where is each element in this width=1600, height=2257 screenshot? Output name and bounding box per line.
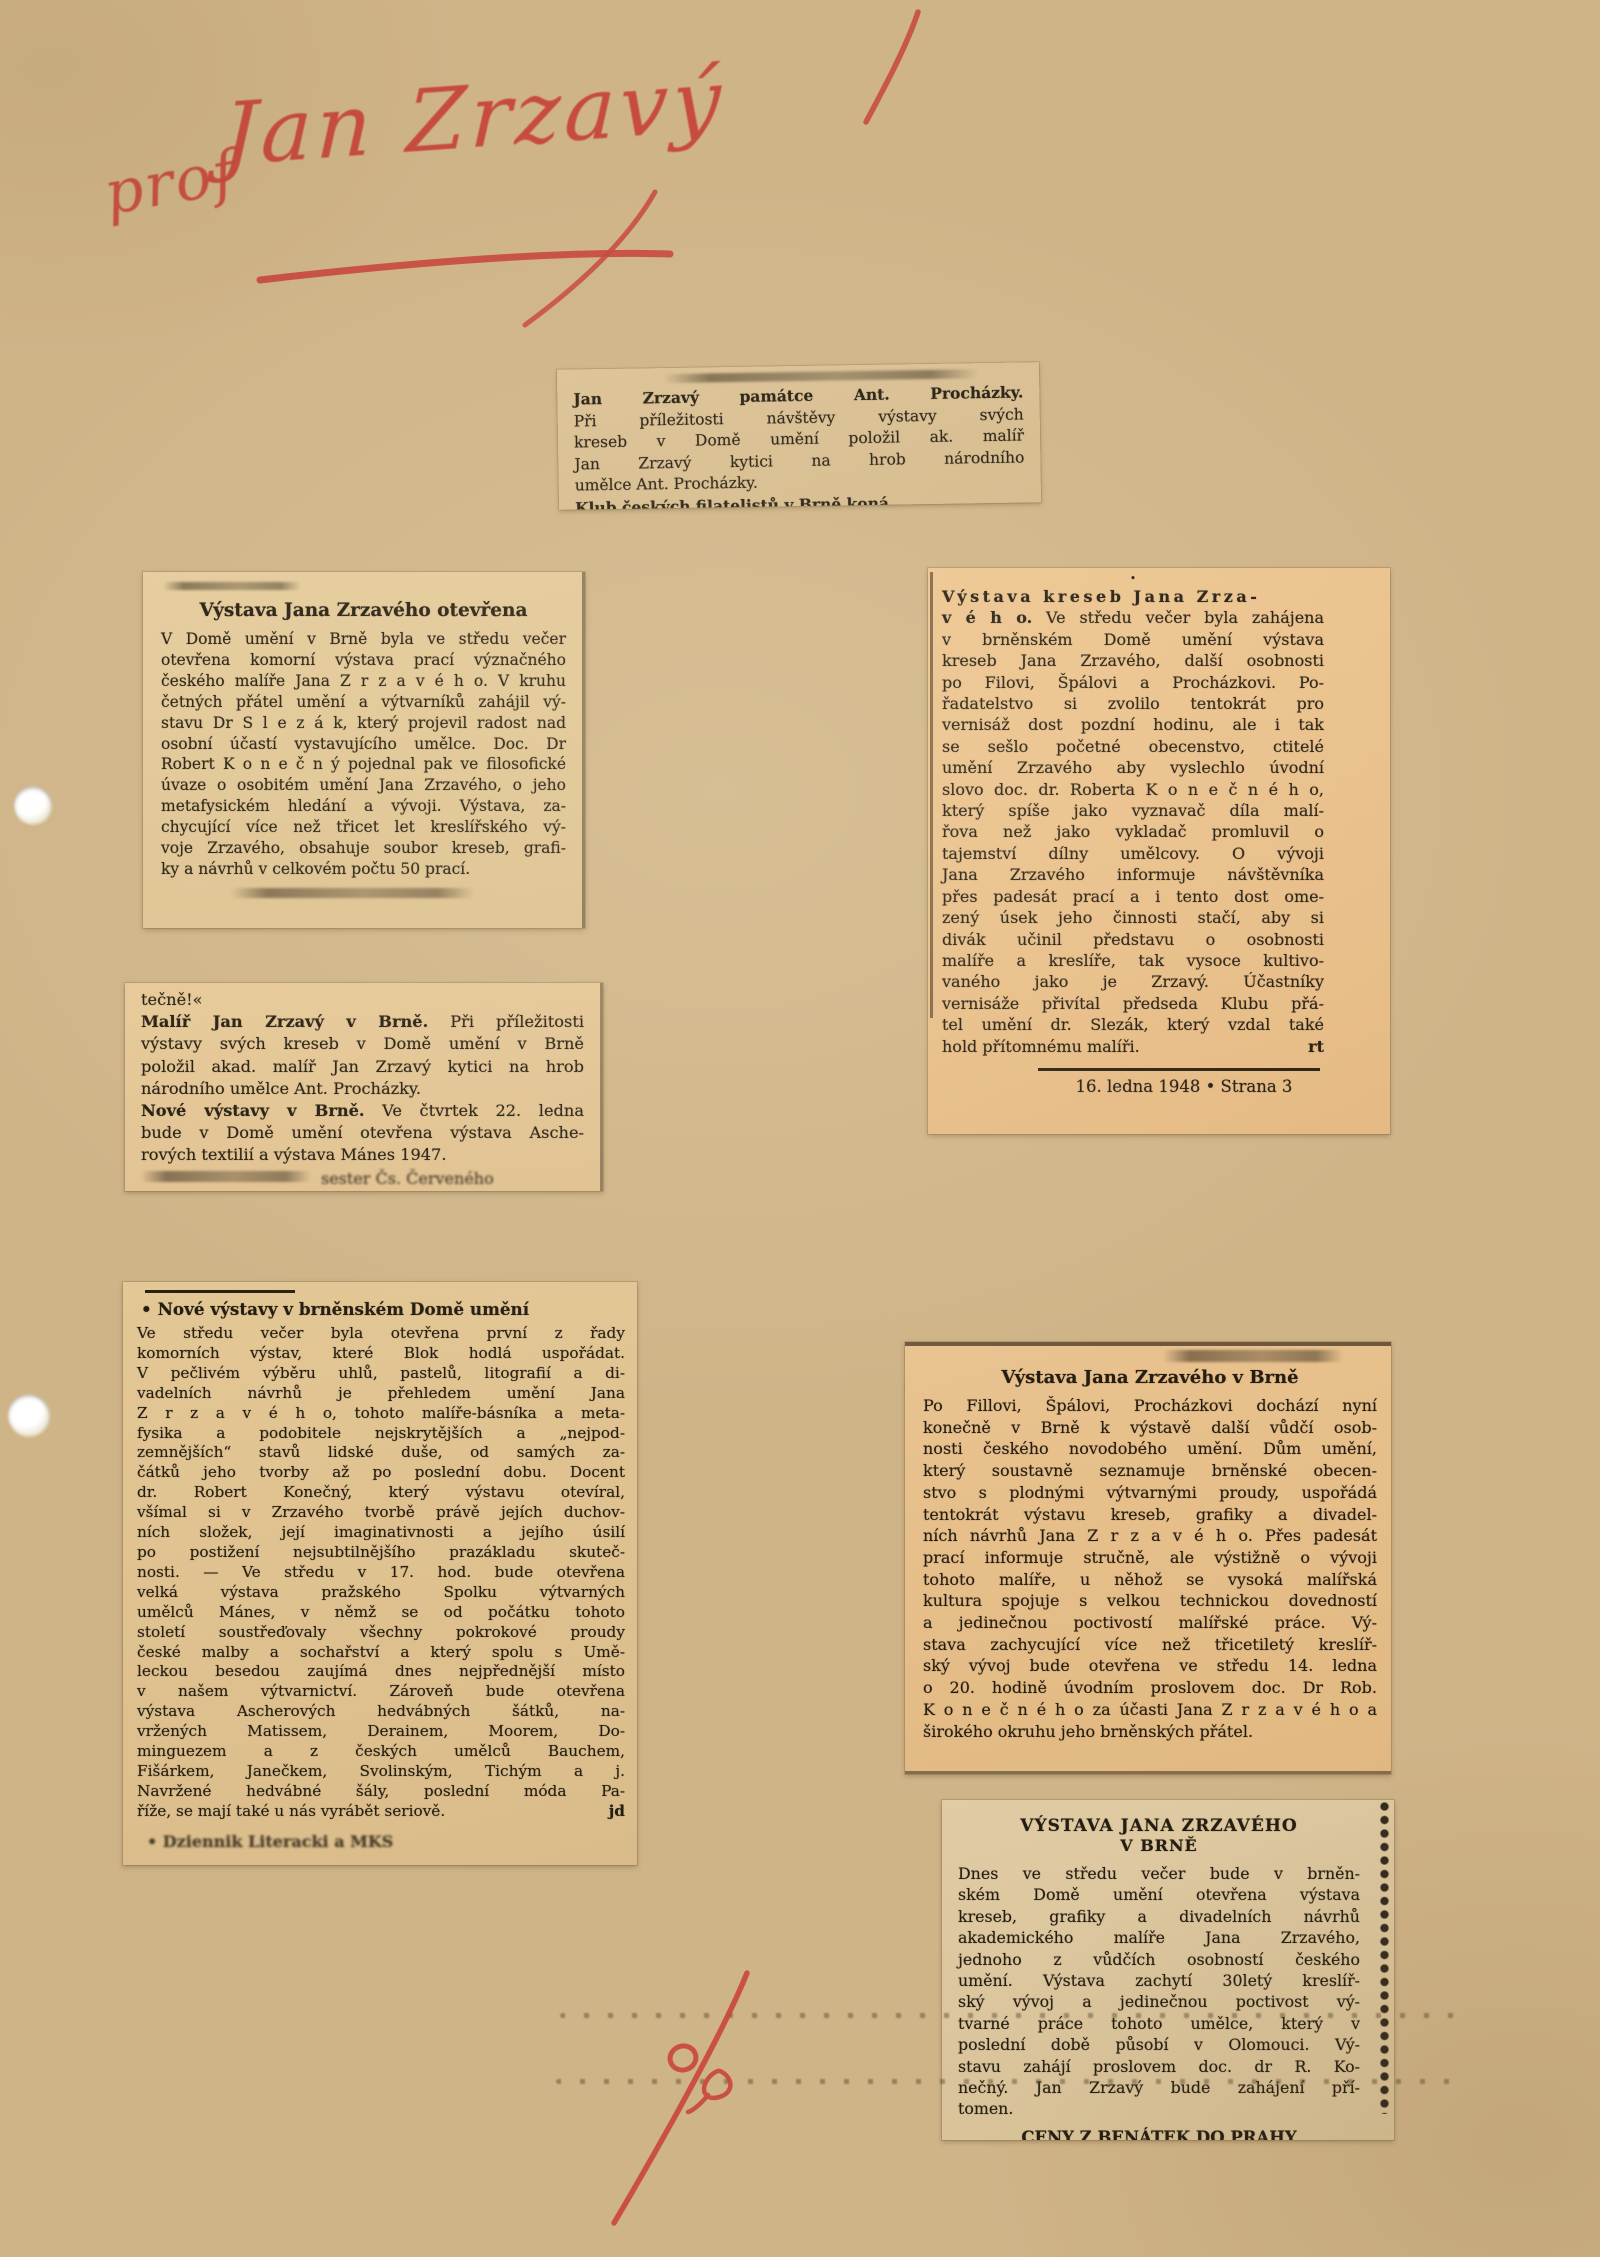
text-line: tohoto malíře, u něhož se vysoká malířsk… [923, 1569, 1377, 1591]
text-line: velká výstava pražského Spolku výtvarnýc… [137, 1583, 625, 1603]
text-line: divák učinil představu o osobnosti [942, 929, 1324, 950]
cutoff-text-fragment: • Dziennik Literacki a MKS [147, 1832, 625, 1850]
text-line: jednoho z vůdčích osobností českého [958, 1949, 1360, 1970]
text-line: po Filovi, Špálovi a Procházkovi. Po- [942, 672, 1324, 693]
text-line: přes padesát prací a i tento dost ome- [942, 886, 1324, 907]
text-line: řova než jako vykladač promluvil o [942, 821, 1324, 842]
illegible-fragment [1163, 1350, 1343, 1362]
handwriting-name: Jan Zrzavý [221, 50, 726, 186]
text-line: Dnes ve středu večer bude v brněn- [958, 1863, 1360, 1884]
decorative-chain-border [1378, 1800, 1391, 2114]
text-line: se sešlo početné obecenstvo, ctitelé [942, 736, 1324, 757]
text-line: poslední době působí v Olomouci. Vý- [958, 2034, 1360, 2055]
text-line: zený úsek jeho činnosti stačí, aby si [942, 907, 1324, 928]
text-line: leckou besedou zaujímá dnes nejpřednější… [137, 1662, 625, 1682]
text-line: Ve středu večer byla otevřena první z řa… [137, 1324, 625, 1344]
text-line: kreseb, grafiky a divadelních návrhů [958, 1906, 1360, 1927]
text-line: tel umění dr. Slezák, který vzdal také [942, 1014, 1324, 1035]
text-line: rových textilií a výstava Mánes 1947. [141, 1144, 584, 1166]
author-initials: rt [1308, 1036, 1324, 1057]
text-line: vernisáž dost pozdní hodinu, ale i tak [942, 714, 1324, 735]
text-line: vernisáže přivítal předseda Klubu přá- [942, 993, 1324, 1014]
text-line: metafysickém hledání a vývoji. Výstava, … [161, 796, 566, 817]
red-percent-mark [600, 1965, 770, 2235]
text-line: Z r z a v é h o, tohoto malíře-básníka a… [137, 1404, 625, 1424]
clipping-exhibition-in-brno: Výstava Jana Zrzavého v Brně Po Fillovi,… [905, 1342, 1391, 1774]
section-dot: • [942, 572, 1324, 586]
text-line: v é h o. Ve středu večer byla zahájena [942, 607, 1324, 628]
text-line: Výstava kreseb Jana Zrza- [942, 586, 1324, 607]
text-line: vržených Matissem, Derainem, Moorem, Do- [137, 1722, 625, 1742]
text-line: malíře a kreslíře, tak vysoce kultivo- [942, 950, 1324, 971]
text-line: chycující více než třicet let kreslířské… [161, 817, 566, 838]
clipping-headline-line2: V BRNĚ [958, 1836, 1360, 1855]
text-line: Jana Zrzavého informuje návštěvníka [942, 864, 1324, 885]
text-line: v našem výtvarnictví. Zároveň bude otevř… [137, 1682, 625, 1702]
text-line: stava zachycující více než třicetiletý k… [923, 1634, 1377, 1656]
text-line: všímal si v Zrzavého tvorbě právě jejích… [137, 1503, 625, 1523]
text-line: dr. Robert Konečný, který výstavu otevír… [137, 1483, 625, 1503]
text-line: české malby a sochařství a který spolu s… [137, 1643, 625, 1663]
text-line: ních složek, její imaginativnosti a její… [137, 1523, 625, 1543]
punch-hole [8, 1394, 50, 1436]
illegible-fragment [163, 582, 301, 590]
text-line: otevřena komorní výstava prací význačnéh… [161, 650, 566, 671]
bold-lead-in: Nové výstavy v Brně. [141, 1101, 365, 1120]
text-line: rthold přítomnému malíři. [942, 1036, 1324, 1057]
text-line: četných přátel umění a výtvarníků zaháji… [161, 692, 566, 713]
text-line: konečně v Brně k výstavě další vůdčí oso… [923, 1417, 1377, 1439]
text-line: slovo doc. dr. Roberta K o n e č n é h o… [942, 779, 1324, 800]
text-line: vadelních návrhů je přehledem umění Jana [137, 1384, 625, 1404]
text-line: čátků jeho tvorby až po poslední dobu. D… [137, 1463, 625, 1483]
text-line: minguezem a z českých umělců Bauchem, [137, 1742, 625, 1762]
text-line: řadatelstvo si zvolilo tentokrát pro [942, 693, 1324, 714]
clipping-text: V Domě umění v Brně byla ve středu večer… [161, 629, 566, 880]
text-line: širokého okruhu jeho brněnských přátel. [923, 1721, 1377, 1743]
text-line: o 20. hodině úvodním proslovem doc. Dr R… [923, 1677, 1377, 1699]
author-initials: jd [609, 1802, 625, 1822]
text-line: V pečlivém výběru uhlů, pastelů, litogra… [137, 1364, 625, 1384]
text-line: stavu zahájí proslovem doc. dr R. Ko- [958, 2056, 1360, 2077]
text-line: výstavy svých kreseb v Domě umění v Brně [141, 1033, 584, 1055]
clipping-exhibition-announcement: VÝSTAVA JANA ZRZAVÉHO V BRNĚ Dnes ve stř… [942, 1800, 1394, 2140]
text-line: akademického malíře Jana Zrzavého, [958, 1927, 1360, 1948]
text-line: V Domě umění v Brně byla ve středu večer [161, 629, 566, 650]
text-line: umění. Výstava zachytí 30letý kreslíř- [958, 1970, 1360, 1991]
illegible-fragment [663, 369, 978, 383]
text-line: Navržené hedvábné šály, poslední móda Pa… [137, 1782, 625, 1802]
scrapbook-page: { "page": { "description": "Scrapbook pa… [0, 0, 1600, 2257]
text-line: Malíř Jan Zrzavý v Brně. Při příležitost… [141, 1011, 584, 1033]
clipping-text: Ve středu večer byla otevřena první z řa… [137, 1324, 625, 1822]
text-line: českého malíře Jana Z r z a v é h o. V k… [161, 671, 566, 692]
text-line: století soustřeďovaly všechny pokrokové … [137, 1623, 625, 1643]
handwriting-prefix: prof [99, 137, 243, 229]
clipping-headline: Výstava Jana Zrzavého v Brně [923, 1367, 1377, 1388]
text-line: tentokrát výstavu kreseb, grafiky a diva… [923, 1504, 1377, 1526]
text-line: ském Domě umění otevřena výstava [958, 1884, 1360, 1905]
text-line: ský vývoj bude otevřena ve středu 14. le… [923, 1655, 1377, 1677]
text-line: vaného jako je Zrzavý. Účastníky [942, 971, 1324, 992]
text-line: umění Zrzavého aby vyslechlo úvodní [942, 757, 1324, 778]
punch-hole [14, 786, 52, 824]
date-page-line: 16. ledna 1948 • Strana 3 [1034, 1077, 1334, 1096]
text-line: ních návrhů Jana Z r z a v é h o. Přes p… [923, 1525, 1377, 1547]
clipping-text: tečně!«Malíř Jan Zrzavý v Brně. Při příl… [141, 989, 584, 1167]
text-line: Nové výstavy v Brně. Ve čtvrtek 22. ledn… [141, 1100, 584, 1122]
divider-rule [1038, 1068, 1320, 1072]
text-line: ský vývoj a jedinečnou poctivost vý- [958, 1991, 1360, 2012]
text-line: v brněnském Domě umění výstava [942, 629, 1324, 650]
next-article-headline: CENY Z BENÁTEK DO PRAHY [958, 2128, 1360, 2140]
divider-rule [145, 1290, 295, 1293]
clipping-memorial-note: Jan Zrzavý památce Ant. Procházky.Při př… [557, 362, 1041, 510]
illegible-fragment [141, 1171, 311, 1182]
text-line: tomen. [958, 2098, 1360, 2119]
clipping-text: Jan Zrzavý památce Ant. Procházky.Při př… [573, 381, 1025, 509]
text-line: kultura spojuje s velkou technickou dove… [923, 1590, 1377, 1612]
text-line: výstava Ascherových hedvábných šátků, na… [137, 1702, 625, 1722]
handwritten-annotation: prof Jan Zrzavý [70, 30, 970, 350]
text-line: úvaze o osobitém umění Jana Zrzavého, o … [161, 775, 566, 796]
text-line: bude v Domě umění otevřena výstava Asche… [141, 1122, 584, 1144]
clipping-exhibition-opened: Výstava Jana Zrzavého otevřena V Domě um… [143, 572, 585, 928]
text-line: voje Zrzavého, obsahuje soubor kreseb, g… [161, 838, 566, 859]
clipping-headline: • Nové výstavy v brněnském Domě umění [141, 1299, 625, 1319]
text-line: jdříže, se mají také u nás vyrábět serio… [137, 1802, 625, 1822]
illegible-fragment [231, 888, 474, 898]
text-line: který spíše jako vyznavač díla malí- [942, 800, 1324, 821]
text-line: tajemství dílny umělcovy. O vývoji [942, 843, 1324, 864]
text-line: a jedinečnou poctivostí malířské práce. … [923, 1612, 1377, 1634]
clipping-drawings-exhibition: • Výstava kreseb Jana Zrza-v é h o. Ve s… [928, 568, 1390, 1134]
text-line: nosti českého novodobého umění. Dům uměn… [923, 1438, 1377, 1460]
text-line: ky a návrhů v celkovém počtu 50 prací. [161, 859, 566, 880]
text-line: K o n e č n é h o za účasti Jana Z r z a… [923, 1699, 1377, 1721]
text-line: nosti. — Ve středu v 17. hod. bude otevř… [137, 1563, 625, 1583]
text-line: který soustavně seznamuje brněnské obece… [923, 1460, 1377, 1482]
bold-lead-in: Malíř Jan Zrzavý v Brně. [141, 1012, 428, 1031]
text-line: stvo s plodnými výtvarnými proudy, uspoř… [923, 1482, 1377, 1504]
text-line: Robert K o n e č n ý pojednal pak ve fil… [161, 754, 566, 775]
clipping-headline: VÝSTAVA JANA ZRZAVÉHO [958, 1816, 1360, 1836]
text-line: kreseb Jana Zrzavého, další osobnosti [942, 650, 1324, 671]
clipping-text: Po Fillovi, Špálovi, Procházkovi dochází… [923, 1395, 1377, 1742]
clipping-text: Výstava kreseb Jana Zrza-v é h o. Ve stř… [942, 586, 1324, 1057]
text-line: umělců Mánes, v němž se od počátku tohot… [137, 1603, 625, 1623]
text-line: zemnějších“ stavů lidské duše, od samých… [137, 1443, 625, 1463]
text-line: stavu Dr S l e z á k, který projevil rad… [161, 713, 566, 734]
cutoff-text-fragment: sester Čs. Červeného [321, 1169, 494, 1184]
clipping-headline: Výstava Jana Zrzavého otevřena [161, 600, 566, 621]
text-line: komorních výstav, které Blok hodlá uspoř… [137, 1344, 625, 1364]
handwriting-underline [70, 30, 970, 350]
text-line: prací informuje stručně, ale výstižně o … [923, 1547, 1377, 1569]
text-line: fysika a podobitele nejskrytějších a „ne… [137, 1424, 625, 1444]
text-line: Po Fillovi, Špálovi, Procházkovi dochází… [923, 1395, 1377, 1417]
clipping-new-exhibitions: • Nové výstavy v brněnském Domě umění Ve… [123, 1282, 637, 1865]
text-line: tečně!« [141, 989, 584, 1011]
bold-lead-in: v é h o. [942, 608, 1032, 627]
text-line: osobní účastí vystavujícího umělce. Doc.… [161, 734, 566, 755]
text-line: položil akad. malíř Jan Zrzavý kytici na… [141, 1056, 584, 1078]
text-line: po postižení nejsubtilnějšího prazákladu… [137, 1543, 625, 1563]
text-line: Fišárkem, Janečkem, Svolinským, Tichým a… [137, 1762, 625, 1782]
text-line: národního umělce Ant. Procházky. [141, 1078, 584, 1100]
clipping-painter-in-brno: tečně!«Malíř Jan Zrzavý v Brně. Při příl… [125, 983, 603, 1191]
